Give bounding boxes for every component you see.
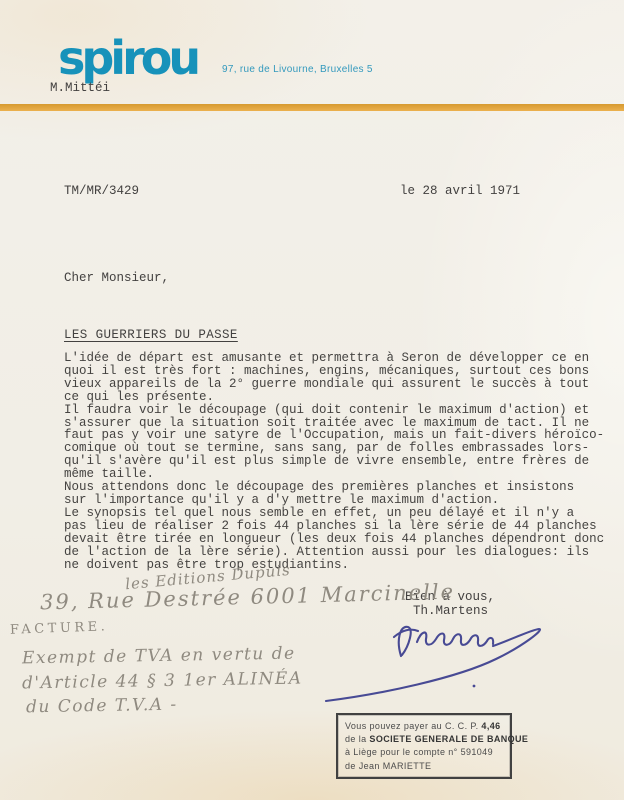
stamp-line-1: Vous pouvez payer au C. C. P. 4,46 [345, 720, 503, 733]
letter-page: spirou 97, rue de Livourne, Bruxelles 5 … [0, 0, 624, 800]
signature-autograph [0, 0, 624, 800]
payment-stamp: Vous pouvez payer au C. C. P. 4,46 de la… [336, 713, 512, 779]
stamp-line-2: de la SOCIETE GENERALE DE BANQUE [345, 733, 503, 746]
stamp-line-3: à Liège pour le compte n° 591049 [345, 746, 503, 759]
stamp-line-4: de Jean MARIETTE [345, 760, 503, 773]
